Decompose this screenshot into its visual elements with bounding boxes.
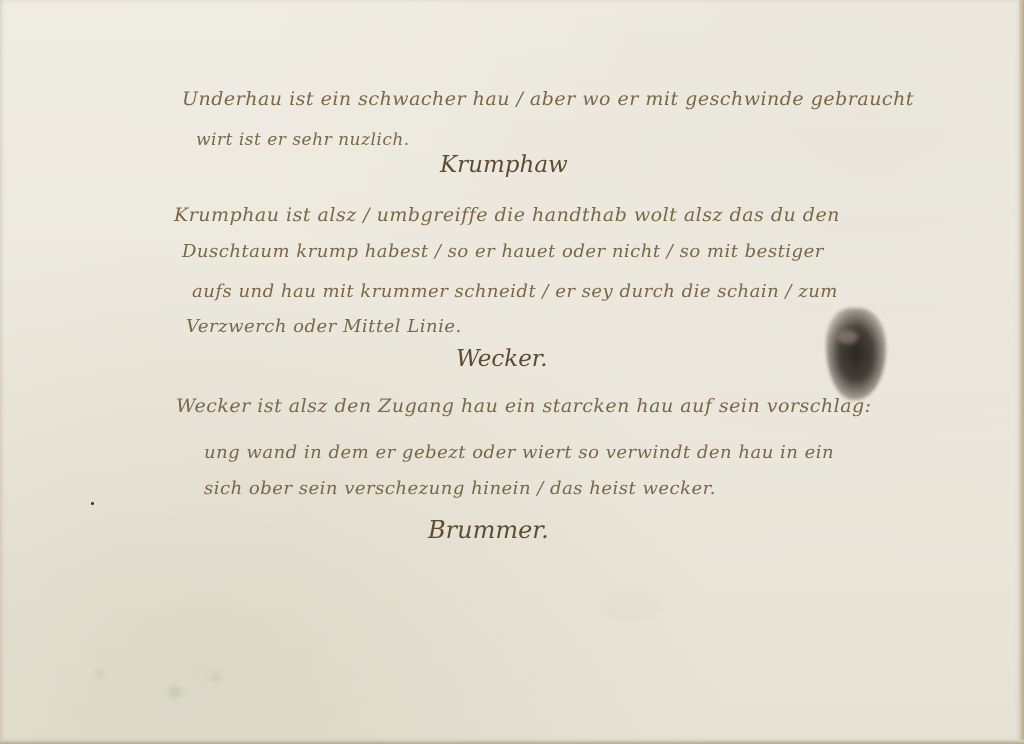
stray-ink-dot xyxy=(91,502,94,505)
ink-blot-highlight xyxy=(838,330,858,344)
paper-stain xyxy=(210,674,222,682)
paper-stain xyxy=(95,670,105,678)
text-line: Verzwerch oder Mittel Linie. xyxy=(186,316,462,337)
text-line: Krumphau ist alsz / umbgreiffe die handt… xyxy=(174,204,840,226)
paper-stain xyxy=(600,590,660,620)
text-line: aufs und hau mit krummer schneidt / er s… xyxy=(192,281,838,302)
paper-stain xyxy=(168,686,182,698)
text-line: sich ober sein verschezung hinein / das … xyxy=(204,478,716,499)
text-line: Underhau ist ein schwacher hau / aber wo… xyxy=(182,88,914,110)
section-heading-brummer: Brummer. xyxy=(428,516,549,544)
text-line: ung wand in dem er gebezt oder wiert so … xyxy=(204,442,834,463)
text-line: Duschtaum krump habest / so er hauet ode… xyxy=(182,241,824,262)
page-edge-bottom xyxy=(0,740,1024,744)
manuscript-page: Underhau ist ein schwacher hau / aber wo… xyxy=(0,0,1024,744)
text-line: Wecker ist alsz den Zugang hau ein starc… xyxy=(176,395,872,417)
section-heading-krumphaw: Krumphaw xyxy=(440,152,568,178)
text-line: wirt ist er sehr nuzlich. xyxy=(196,130,410,150)
ink-blot-icon xyxy=(826,308,886,400)
page-edge-right xyxy=(1019,0,1024,744)
section-heading-wecker: Wecker. xyxy=(456,346,548,372)
